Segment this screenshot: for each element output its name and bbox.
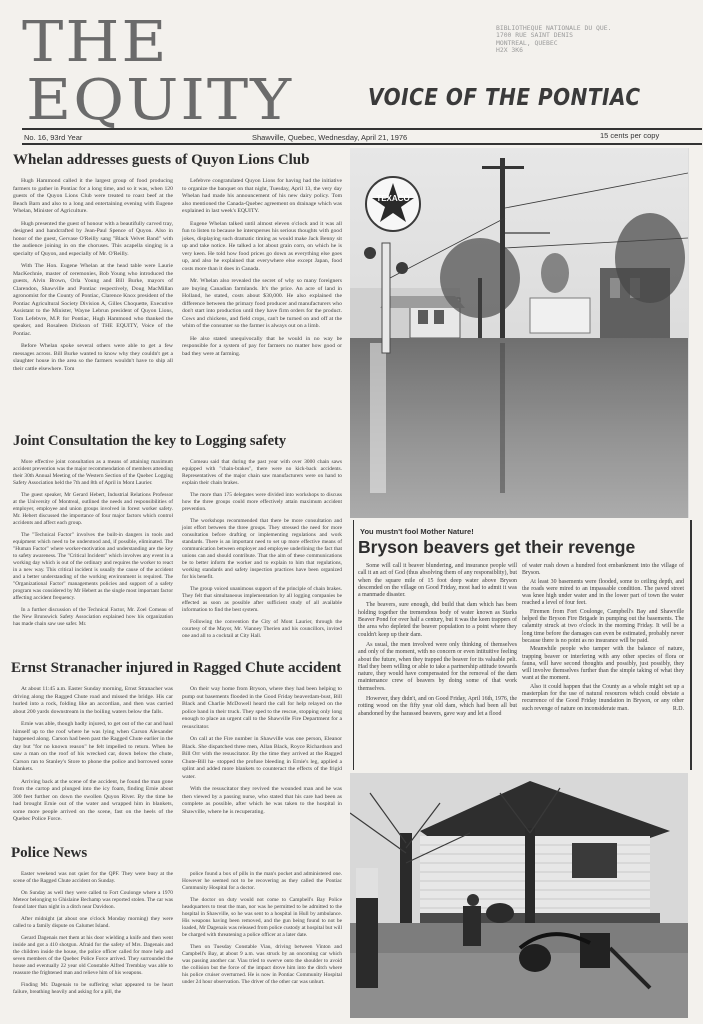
paragraph: police found a box of pills in the man's… xyxy=(182,871,342,892)
paragraph: The workshops recommended that there be … xyxy=(182,518,342,581)
paragraph: With The Hon. Eugene Whelan at the head … xyxy=(13,263,173,338)
issue-number: No. 16, 93rd Year xyxy=(24,133,82,142)
bryson-col-1: Some will call it beaver blundering, and… xyxy=(358,563,517,721)
whelan-col-2: Lefebvre congratulated Quyon Lions for h… xyxy=(182,178,342,363)
paragraph: On their way home from Bryson, where the… xyxy=(182,686,342,731)
paragraph: After midnight (at about one o'clock Mon… xyxy=(13,916,173,930)
paragraph: The "Technical Factor" involves the buil… xyxy=(13,532,173,602)
paragraph: On call at the Fire number in Shawville … xyxy=(182,736,342,781)
paragraph: More effective joint consultation as a m… xyxy=(13,459,173,487)
police-col-2: police found a box of pills in the man's… xyxy=(182,871,342,991)
paragraph: However, they didn't, and on Good Friday… xyxy=(358,696,517,718)
dateline: Shawville, Quebec, Wednesday, April 21, … xyxy=(252,133,407,142)
stamp-line: H2X 3K6 xyxy=(496,47,611,54)
paragraph: In a further discussion of the Technical… xyxy=(13,607,173,628)
paragraph: On Sunday as well they were called to Fo… xyxy=(13,890,173,911)
masthead-title-equity: EQUITY xyxy=(26,72,293,128)
newspaper-page: THE EQUITY VOICE OF THE PONTIAC BIBLIOTH… xyxy=(0,0,703,1024)
paragraph: The group voiced unanimous support of th… xyxy=(182,586,342,614)
folio-bottom-rule xyxy=(22,143,702,145)
stranacher-col-1: At about 11:45 a.m. Easter Sunday mornin… xyxy=(13,686,173,829)
paragraph: The guest speaker, Mr Gerard Hebert, Ind… xyxy=(13,492,173,527)
paragraph: Ernie was able, though badly injured, to… xyxy=(13,721,173,774)
masthead-tagline: VOICE OF THE PONTIAC xyxy=(368,83,641,111)
paragraph: Following the convention the City of Mon… xyxy=(182,619,342,640)
paragraph: Meanwhile people who tamper with the bal… xyxy=(522,646,684,682)
paragraph: At about 11:45 a.m. Easter Sunday mornin… xyxy=(13,686,173,716)
paragraph: The more than 175 delegates were divided… xyxy=(182,492,342,513)
paragraph: Easter weekend was not quiet for the QPF… xyxy=(13,871,173,885)
price: 15 cents per copy xyxy=(600,131,659,140)
paragraph: At least 30 basements were flooded, some… xyxy=(522,579,684,608)
headline-stranacher: Ernst Stranacher injured in Ragged Chute… xyxy=(11,660,341,677)
paragraph: With the resuscitator they revived the w… xyxy=(182,786,342,816)
whelan-col-1: Hugh Hammond called it the largest group… xyxy=(13,178,173,378)
headline-bryson: Bryson beavers get their revenge xyxy=(358,537,635,558)
paragraph: Some will call it beaver blundering, and… xyxy=(358,563,517,599)
paragraph: Mr. Whelan also revealed the secret of w… xyxy=(182,278,342,331)
flooded-street-image: TEXACO xyxy=(350,148,688,518)
logging-col-1: More effective joint consultation as a m… xyxy=(13,459,173,633)
paragraph: He also stated unequivocally that he wou… xyxy=(182,336,342,359)
paragraph: Hugh presented the guest of honour with … xyxy=(13,221,173,259)
police-col-1: Easter weekend was not quiet for the QPF… xyxy=(13,871,173,1001)
paragraph: Firemen from Fort Coulonge, Campbell's B… xyxy=(522,609,684,645)
paragraph: As usual, the men involved were only thi… xyxy=(358,642,517,693)
headline-police-news: Police News xyxy=(11,845,87,862)
paragraph: Hugh Hammond called it the largest group… xyxy=(13,178,173,216)
bryson-kicker: You mustn't fool Mother Nature! xyxy=(360,527,474,536)
photo-flooded-street: TEXACO xyxy=(350,148,688,518)
paragraph: Gerard Dagenais met them at his door wie… xyxy=(13,935,173,977)
paragraph: Then on Tuesday Constable Viau, driving … xyxy=(182,944,342,986)
paragraph: The doctor on duty would not come to Cam… xyxy=(182,897,342,939)
bryson-col-2: of water rush down a hundred foot embank… xyxy=(522,563,684,713)
paragraph: of water rush down a hundred foot embank… xyxy=(522,563,684,578)
pumping-scene-image xyxy=(350,773,688,1018)
headline-logging: Joint Consultation the key to Logging sa… xyxy=(13,433,286,450)
paragraph: Finding Mr. Dagenais to be suffering wha… xyxy=(13,982,173,996)
stranacher-col-2: On their way home from Bryson, where the… xyxy=(182,686,342,821)
paragraph: The beavers, sure enough, did build that… xyxy=(358,602,517,638)
logging-col-2: Comeau said that during the past year wi… xyxy=(182,459,342,645)
headline-whelan: Whelan addresses guests of Quyon Lions C… xyxy=(13,152,309,169)
library-stamp: BIBLIOTHEQUE NATIONALE DU QUE.1700 RUE S… xyxy=(496,25,611,55)
photo-edge xyxy=(688,148,689,518)
folio-top-rule xyxy=(22,128,702,130)
photo-pumping-basement xyxy=(350,773,688,1018)
masthead-title-the: THE xyxy=(22,14,169,70)
paragraph: Lefebvre congratulated Quyon Lions for h… xyxy=(182,178,342,216)
paragraph: Comeau said that during the past year wi… xyxy=(182,459,342,487)
paragraph: Eugene Whelan talked until almost eleven… xyxy=(182,221,342,274)
paragraph: Arriving back at the scene of the accide… xyxy=(13,779,173,824)
paragraph: Before Whelan spoke several others were … xyxy=(13,343,173,373)
